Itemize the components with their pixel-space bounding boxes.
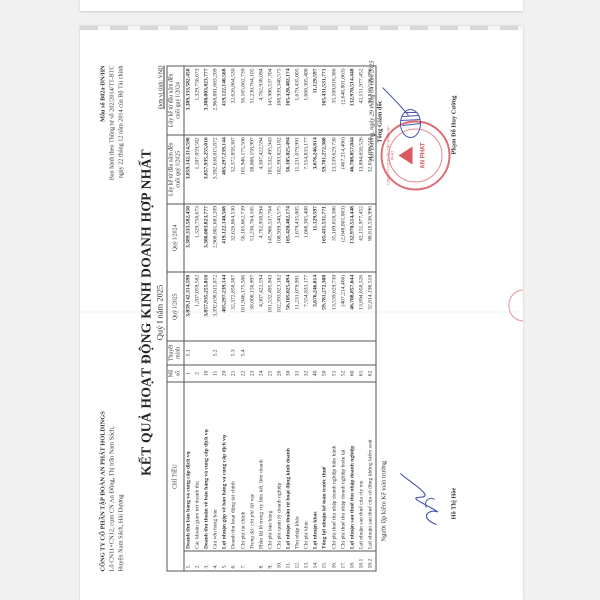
an-phat-logo-icon	[399, 147, 413, 165]
table-row: 15.Tổng lợi nhuận kế toán trước thuế5059…	[321, 66, 330, 571]
table-row: 4.Giá vốn hàng bán115.23,392,638,015,872…	[212, 66, 221, 571]
row-ytd-2025: 3,857,935,255,016	[203, 135, 212, 204]
table-row: 8.Phần lãi lỗ trong cty liên kết, liên d…	[257, 66, 266, 571]
row-q1-2024: 2,968,881,683,209	[212, 204, 221, 273]
row-number: 15.	[321, 552, 330, 572]
row-ytd-2025: 13,894,658,526	[357, 135, 366, 204]
row-q1-2025: 1,207,059,582	[194, 272, 203, 341]
row-note	[339, 341, 348, 365]
row-ytd-2024: 3,389,333,582,450	[184, 66, 194, 135]
row-code: 40	[312, 365, 321, 382]
row-number: 3.	[203, 552, 212, 572]
currency-unit: Đơn vị tính: VND	[159, 66, 165, 110]
document-viewer[interactable]: CÔNG TY CỔ PHẦN TẬP ĐOÀN AN PHÁT HOLDING…	[0, 0, 600, 600]
table-row: 12.Thu nhập khác3111,231,079,9911,679,43…	[294, 66, 303, 571]
row-number: 10.	[275, 552, 284, 572]
table-row: 3.Doanh thu thuần về bán hàng và cung cấ…	[203, 66, 212, 571]
row-label: Chi phí bán hàng	[266, 382, 275, 551]
table-row: 2.Các khoản giảm trừ doanh thu21,207,059…	[194, 66, 203, 571]
row-label: Phần lãi lỗ trong cty liên kết, liên doa…	[257, 382, 266, 551]
row-q1-2024: 132,970,514,448	[348, 204, 357, 273]
row-note	[266, 341, 275, 365]
header-ytd-2025: Lũy kế từ đầu năm đến cuối quý I/2025	[167, 135, 184, 204]
row-q1-2025: 13,539,629,730	[330, 272, 339, 341]
row-code: 23	[248, 365, 257, 382]
row-q1-2024: 3,388,003,823,777	[203, 204, 212, 273]
row-label: Tổng lợi nhuận kế toán trước thuế	[321, 382, 330, 551]
row-number: 13.	[303, 552, 312, 572]
row-q1-2024: 90,818,536,996	[366, 204, 376, 273]
row-number: 2.	[194, 552, 203, 572]
row-note: 5.2	[212, 341, 221, 365]
row-label: Doanh thu thuần về bán hàng và cung cấp …	[203, 382, 212, 551]
row-note	[248, 341, 257, 365]
row-note	[330, 341, 339, 365]
row-number	[248, 552, 257, 572]
row-label: Chi phí quản lý doanh nghiệp	[275, 382, 284, 551]
row-number: 16.	[330, 552, 339, 572]
report-period: Quý I năm 2025	[155, 26, 165, 600]
rotated-sheet: CÔNG TY CỔ PHẦN TẬP ĐOÀN AN PHÁT HOLDING…	[81, 26, 524, 600]
row-ytd-2025: 3,392,638,015,872	[212, 135, 221, 204]
row-q1-2025: 181,532,495,943	[266, 272, 275, 341]
row-code: 1	[184, 365, 194, 382]
row-ytd-2025: 59,781,272,308	[321, 135, 330, 204]
row-q1-2025: (467,214,466)	[339, 272, 348, 341]
row-q1-2025: 465,297,239,144	[221, 272, 230, 341]
row-q1-2025: 7,554,833,177	[303, 272, 312, 341]
row-ytd-2024: 145,986,537,704	[266, 66, 275, 135]
header-code: Mã số	[167, 365, 184, 382]
row-label: Giá vốn hàng bán	[212, 382, 221, 551]
row-q1-2024: 56,165,662,739	[239, 204, 248, 273]
preparer-name: Hồ Thị Hòe	[451, 488, 458, 520]
row-label: Lợi nhuận sau thuế của cổ đông không kiể…	[366, 382, 376, 551]
row-q1-2024: 1,329,758,673	[194, 204, 203, 273]
row-ytd-2025: 181,532,495,943	[266, 135, 275, 204]
row-code: 60	[348, 365, 357, 382]
row-note	[257, 341, 266, 365]
row-code: 2	[194, 365, 203, 382]
row-number: 18.1	[357, 552, 366, 572]
row-ytd-2025: 56,105,025,494	[285, 135, 294, 204]
row-number: 9.	[266, 552, 275, 572]
row-q1-2025: 56,105,025,494	[285, 272, 294, 341]
income-statement-table: CHỈ TIÊU Mã số Thuyết minh Quý I/2025 Qu…	[167, 66, 377, 572]
row-note: 5.1	[184, 341, 194, 365]
row-code: 20	[221, 365, 230, 382]
row-q1-2024: 145,986,537,704	[266, 204, 275, 273]
row-ytd-2025: 38,008,158,997	[248, 135, 257, 204]
row-note	[194, 341, 203, 365]
row-code: 52	[339, 365, 348, 382]
header-item: CHỈ TIÊU	[167, 382, 184, 571]
row-label: Doanh thu hoạt động tài chính	[230, 382, 239, 551]
row-q1-2024: 165,420,402,174	[285, 204, 294, 273]
table-row: 18.1Lợi nhuận sau thuế của cty mẹ6113,89…	[357, 66, 366, 571]
company-name: CÔNG TY CỔ PHẦN TẬP ĐOÀN AN PHÁT HOLDING…	[99, 411, 108, 571]
header-q1-2025: Quý I/2025	[167, 272, 184, 341]
row-code: 10	[203, 365, 212, 382]
row-ytd-2024: 165,431,531,771	[321, 66, 330, 135]
document-page: CÔNG TY CỔ PHẦN TẬP ĐOÀN AN PHÁT HOLDING…	[80, 26, 523, 600]
row-ytd-2025: 3,859,142,314,598	[184, 135, 194, 204]
row-code: 31	[294, 365, 303, 382]
header-note: Thuyết minh	[167, 341, 184, 365]
row-code: 22	[239, 365, 248, 382]
company-address-2: Huyện Nam Sách, Hải Dương	[117, 411, 126, 571]
row-note	[312, 341, 321, 365]
row-label: Thu nhập khác	[294, 382, 303, 551]
row-ytd-2025: 4,307,422,594	[257, 135, 266, 204]
row-label: Lợi nhuận sau thuế thu nhập doanh nghiệp	[348, 382, 357, 551]
table-row: 18.Lợi nhuận sau thuế thu nhập doanh ngh…	[348, 66, 357, 571]
table-row: 1.Doanh thu bán hàng và cung cấp dịch vụ…	[184, 66, 194, 571]
form-code: Mẫu số B02a-DN/HN	[99, 66, 108, 181]
row-q1-2025: 102,393,823,182	[275, 272, 284, 341]
row-q1-2025: 59,781,272,308	[321, 272, 330, 341]
row-q1-2024: 1,679,435,005	[294, 204, 303, 273]
row-ytd-2024: 4,762,938,094	[257, 66, 266, 135]
row-note	[294, 341, 303, 365]
row-note	[348, 341, 357, 365]
company-header: CÔNG TY CỔ PHẦN TẬP ĐOÀN AN PHÁT HOLDING…	[99, 411, 126, 571]
form-issued-2: ngày 22 tháng 12 năm 2014 của Bộ Tài chí…	[117, 66, 126, 181]
row-label: Chi phí tài chính	[239, 382, 248, 551]
row-label: Lợi nhuận gộp về bán hàng và cung cấp dị…	[221, 382, 230, 551]
row-q1-2024: 108,939,340,575	[275, 204, 284, 273]
row-code: 21	[230, 365, 239, 382]
table-row: 5.Lợi nhuận gộp về bán hàng và cung cấp …	[221, 66, 230, 571]
row-q1-2024: 165,431,531,771	[321, 204, 330, 273]
row-ytd-2024: 132,970,514,448	[348, 66, 357, 135]
row-q1-2025: 13,894,658,526	[357, 272, 366, 341]
table-row: 17.Chi phí thuế thu nhập doanh nghiệp ho…	[339, 66, 348, 571]
table-row: 11.Lợi nhuận thuần từ hoạt động kinh doa…	[285, 66, 294, 571]
row-q1-2024: 35,109,818,386	[330, 204, 339, 273]
row-note	[303, 341, 312, 365]
row-q1-2024: 32,626,864,530	[230, 204, 239, 273]
row-code: 26	[275, 365, 284, 382]
header-q1-2024: Quý I/2024	[167, 204, 184, 273]
row-note: 5.4	[239, 341, 248, 365]
row-code: 11	[212, 365, 221, 382]
seam-seal	[509, 290, 524, 322]
row-code: 61	[357, 365, 366, 382]
row-label: Lợi nhuận sau thuế của cty mẹ	[357, 382, 366, 551]
row-code: 24	[257, 365, 266, 382]
row-note	[203, 341, 212, 365]
row-ytd-2025: 3,676,246,814	[312, 135, 321, 204]
row-q1-2025: 11,231,079,991	[294, 272, 303, 341]
row-ytd-2025: (467,214,466)	[339, 135, 348, 204]
row-ytd-2024: 51,230,764,105	[248, 66, 257, 135]
row-q1-2025: 46,708,857,044	[348, 272, 357, 341]
row-q1-2025: 3,857,935,255,016	[203, 272, 212, 341]
row-number: 6.	[230, 552, 239, 572]
preparer-signature	[399, 470, 444, 530]
row-label: Chi phí khác	[303, 382, 312, 551]
row-code: 32	[303, 365, 312, 382]
form-issued-1: Ban hành theo Thông tư số 202/2014/TT-BT…	[108, 66, 117, 181]
row-label: Trong đó: chi phí lãi vay	[248, 382, 257, 551]
row-code: 50	[321, 365, 330, 382]
row-ytd-2024: 2,968,881,683,209	[212, 66, 221, 135]
row-ytd-2025: 161,946,175,506	[239, 135, 248, 204]
report-title: KẾT QUẢ HOẠT ĐỘNG KINH DOANH HỢP NHẤT	[139, 26, 155, 600]
row-note	[321, 341, 330, 365]
row-ytd-2024: 1,679,435,005	[294, 66, 303, 135]
row-q1-2024: 419,122,140,568	[221, 204, 230, 273]
row-q1-2025: 3,392,638,015,872	[212, 272, 221, 341]
row-number: 1.	[184, 552, 194, 572]
row-note	[221, 341, 230, 365]
row-ytd-2024: (2,648,801,063)	[339, 66, 348, 135]
row-ytd-2025: 11,231,079,991	[294, 135, 303, 204]
row-ytd-2024: 42,151,977,452	[357, 66, 366, 135]
row-number: 7.	[239, 552, 248, 572]
row-note	[275, 341, 284, 365]
row-note: 5.3	[230, 341, 239, 365]
row-label: Các khoản giảm trừ doanh thu	[194, 382, 203, 551]
row-q1-2024: 42,151,977,452	[357, 204, 366, 273]
row-ytd-2024: 165,420,402,174	[285, 66, 294, 135]
director-name: Phạm Đỗ Huy Cường	[451, 96, 458, 155]
row-note	[357, 341, 366, 365]
row-code: 30	[285, 365, 294, 382]
row-ytd-2025: 13,539,629,730	[330, 135, 339, 204]
row-q1-2025: 32,372,858,387	[230, 272, 239, 341]
row-ytd-2025: 102,393,823,182	[275, 135, 284, 204]
row-ytd-2024: 3,388,003,823,777	[203, 66, 212, 135]
table-row: 13.Chi phí khác327,554,833,1771,668,305,…	[303, 66, 312, 571]
row-number: 14.	[312, 552, 321, 572]
row-label: Chi phí thuế thu nhập doanh nghiệp hiện …	[330, 382, 339, 551]
row-q1-2025: 3,859,142,314,598	[184, 272, 194, 341]
row-ytd-2024: 1,329,758,673	[194, 66, 203, 135]
row-code: 51	[330, 365, 339, 382]
sign-date: Hải Dương, ngày 29 tháng 04 năm 2025	[369, 61, 376, 162]
table-row: 14.Lợi nhuận khác403,676,246,81411,129,5…	[312, 66, 321, 571]
row-number: 8.	[257, 552, 266, 572]
row-number: 18.	[348, 552, 357, 572]
row-label: Lợi nhuận thuần từ hoạt động kinh doanh	[285, 382, 294, 551]
row-ytd-2024: 35,109,818,386	[330, 66, 339, 135]
row-q1-2024: 51,230,764,105	[248, 204, 257, 273]
row-number: 4.	[212, 552, 221, 572]
row-ytd-2025: 32,372,858,387	[230, 135, 239, 204]
preparer-title: Người lập kiêm Kế toán trưởng	[381, 461, 388, 542]
row-q1-2024: 1,668,305,408	[303, 204, 312, 273]
row-ytd-2025: 1,207,059,582	[194, 135, 203, 204]
table-row: Trong đó: chi phí lãi vay2338,008,158,99…	[248, 66, 257, 571]
row-note	[366, 341, 376, 365]
row-number: 18.2	[366, 552, 376, 572]
row-ytd-2024: 1,668,305,408	[303, 66, 312, 135]
row-label: Doanh thu bán hàng và cung cấp dịch vụ	[184, 382, 194, 551]
row-ytd-2025: 465,297,239,144	[221, 135, 230, 204]
table-row: 16.Chi phí thuế thu nhập doanh nghiệp hi…	[330, 66, 339, 571]
row-code: 62	[366, 365, 376, 382]
row-label: Lợi nhuận khác	[312, 382, 321, 551]
row-ytd-2024: 419,122,140,568	[221, 66, 230, 135]
row-ytd-2024: 11,129,597	[312, 66, 321, 135]
row-q1-2025: 32,814,198,518	[366, 272, 376, 341]
row-number: 12.	[294, 552, 303, 572]
row-q1-2024: (2,648,801,063)	[339, 204, 348, 273]
table-row: 10.Chi phí quản lý doanh nghiệp26102,393…	[275, 66, 284, 571]
row-q1-2025: 161,946,175,506	[239, 272, 248, 341]
row-number: 11.	[285, 552, 294, 572]
row-q1-2025: 38,008,158,997	[248, 272, 257, 341]
row-q1-2025: 3,676,246,814	[312, 272, 321, 341]
header-ytd-2024: Lũy kế từ đầu năm đến cuối quý I/2024	[167, 66, 184, 135]
row-ytd-2024: 32,626,864,530	[230, 66, 239, 135]
row-q1-2025: 4,307,422,594	[257, 272, 266, 341]
row-number: 5.	[221, 552, 230, 572]
row-ytd-2025: 46,708,857,044	[348, 135, 357, 204]
row-q1-2024: 11,129,597	[312, 204, 321, 273]
table-row: 6.Doanh thu hoạt động tài chính215.332,3…	[230, 66, 239, 571]
table-row: 7.Chi phí tài chính225.4161,946,175,5065…	[239, 66, 248, 571]
row-label: Chi phí thuế thu nhập doanh nghiệp hoãn …	[339, 382, 348, 551]
table-row: 9.Chi phí bán hàng25181,532,495,943145,9…	[266, 66, 275, 571]
previous-page	[80, 0, 523, 11]
form-code-block: Mẫu số B02a-DN/HN Ban hành theo Thông tư…	[99, 66, 126, 181]
row-q1-2024: 3,389,333,582,450	[184, 204, 194, 273]
row-q1-2024: 4,762,938,094	[257, 204, 266, 273]
row-ytd-2024: 56,165,662,739	[239, 66, 248, 135]
director-signature	[381, 86, 436, 146]
row-ytd-2025: 7,554,833,177	[303, 135, 312, 204]
row-code: 25	[266, 365, 275, 382]
row-ytd-2024: 108,939,340,575	[275, 66, 284, 135]
row-note	[285, 341, 294, 365]
company-address-1: Lô CN11+CN12, cụm CN An Đồng, Thị trấn N…	[108, 411, 117, 571]
table-header-row: CHỈ TIÊU Mã số Thuyết minh Quý I/2025 Qu…	[167, 66, 184, 571]
row-number: 17.	[339, 552, 348, 572]
